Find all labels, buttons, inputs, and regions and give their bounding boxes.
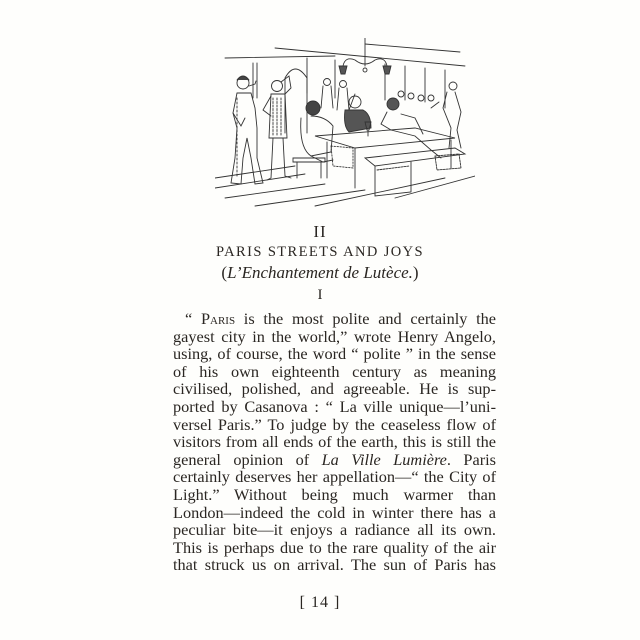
section-number: I bbox=[0, 287, 640, 304]
text-line: ported by Casanova : “ La ville unique—l… bbox=[173, 398, 496, 416]
text-line: certainly deserves her appellation—“ the… bbox=[173, 468, 496, 486]
text-span: is the most polite and certainly the bbox=[235, 309, 496, 328]
text-line: that struck us on arrival. The sun of Pa… bbox=[173, 556, 496, 574]
page-number: [ 14 ] bbox=[0, 594, 640, 612]
text-span: general opinion of bbox=[173, 450, 322, 469]
text-line: Light.” Without being much warmer than bbox=[173, 486, 496, 504]
text-span: . Paris bbox=[447, 450, 496, 469]
text-line: visitors from all ends of the earth, thi… bbox=[173, 433, 496, 451]
text-line: versel Paris.” To judge by the ceaseless… bbox=[173, 416, 496, 434]
text-span: “ bbox=[185, 309, 201, 328]
chapter-subtitle: (L’Enchantement de Lutèce.) bbox=[0, 263, 640, 283]
body-paragraph: “ Paris is the most polite and certainly… bbox=[173, 310, 496, 574]
text-line: peculiar bite—it enjoys a radiance all i… bbox=[173, 521, 496, 539]
text-line: general opinion of La Ville Lumière. Par… bbox=[173, 451, 496, 469]
italic-phrase: La Ville Lumière bbox=[322, 450, 447, 469]
text-line: using, of course, the word “ polite ” in… bbox=[173, 345, 496, 363]
text-line: This is perhaps due to the rare quality … bbox=[173, 539, 496, 557]
text-line: gayest city in the world,” wrote Henry A… bbox=[173, 328, 496, 346]
subtitle-close-paren: ) bbox=[413, 263, 419, 282]
text-line: civilised, polished, and agreeable. He i… bbox=[173, 380, 496, 398]
text-line: London—indeed the cold in winter there h… bbox=[173, 504, 496, 522]
text-line: “ Paris is the most polite and certainly… bbox=[173, 310, 496, 328]
book-page: II PARIS STREETS AND JOYS (L’Enchantemen… bbox=[0, 0, 640, 640]
chapter-title: PARIS STREETS AND JOYS bbox=[0, 244, 640, 261]
subtitle-italic-text: L’Enchantement de Lutèce. bbox=[227, 263, 413, 282]
cafe-illustration bbox=[215, 38, 475, 208]
text-line: of his own eighteenth century as meaning bbox=[173, 363, 496, 381]
smallcaps-word: Paris bbox=[201, 309, 235, 328]
chapter-number: II bbox=[0, 222, 640, 242]
